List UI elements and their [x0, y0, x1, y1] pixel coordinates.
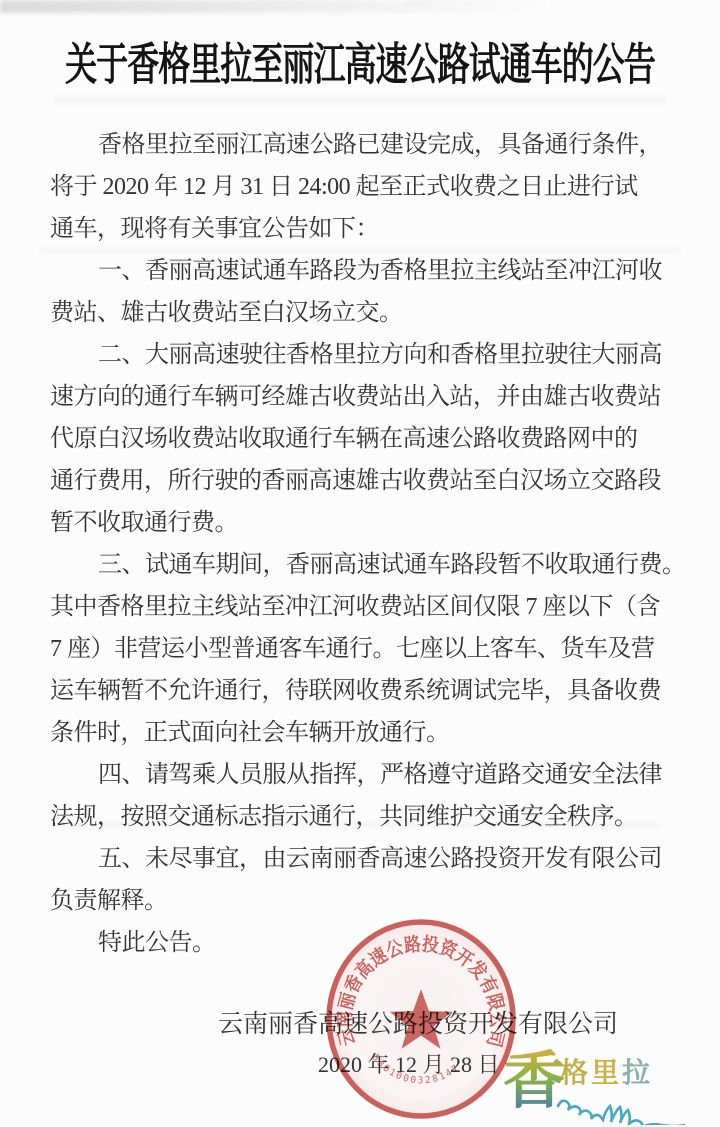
body-line: 法规，按照交通标志指示通行，共同维护交通安全秩序。 — [50, 796, 690, 838]
watermark-char-la: 拉 — [622, 1057, 650, 1089]
body-line: 其中香格里拉主线站至冲江河收费站区间仅限 7 座以下（含 — [50, 586, 690, 628]
scan-artifact — [0, 0, 560, 13]
body-line: 代原白汉场收费站收取通行车辆在高速公路收费路网中的 — [50, 418, 690, 460]
announcement-page: 关于香格里拉至丽江高速公路试通车的公告 香格里拉至丽江高速公路已建设完成，具备通… — [0, 0, 720, 1127]
body-line: 速方向的通行车辆可经雄古收费站出入站，并由雄古收费站 — [50, 376, 690, 418]
tibetan-script-squiggle — [558, 1101, 684, 1125]
watermark-big-char: 香 — [503, 1048, 565, 1116]
body-line: 三、试通车期间，香丽高速试通车路段暂不收取通行费。 — [50, 544, 690, 586]
body-line: 将于 2020 年 12 月 31 日 24:00 起至正式收费之日止进行试 — [50, 166, 690, 208]
watermark-char-ge: 格 — [560, 1057, 588, 1089]
official-seal: 云南丽香高速公路投资开发有限公司 5301000328147 — [322, 916, 520, 1122]
shangrila-watermark: 香 格 里 拉 — [498, 1040, 718, 1125]
body-line: 运车辆暂不允许通行，待联网收费系统调试完毕，具备收费 — [50, 670, 690, 712]
scan-artifact — [55, 96, 665, 104]
body-line: 条件时，正式面向社会车辆开放通行。 — [50, 712, 690, 754]
body-line: 通行费用，所行驶的香丽高速雄古收费站至白汉场立交路段 — [50, 460, 690, 502]
body-line: 7 座）非营运小型普通客车通行。七座以上客车、货车及营 — [50, 628, 690, 670]
body-line: 四、请驾乘人员服从指挥，严格遵守道路交通安全法律 — [50, 754, 690, 796]
body-line: 香格里拉至丽江高速公路已建设完成，具备通行条件， — [50, 124, 690, 166]
document-body: 香格里拉至丽江高速公路已建设完成，具备通行条件，将于 2020 年 12 月 3… — [50, 124, 690, 964]
watermark-char-li: 里 — [591, 1058, 619, 1089]
body-line: 二、大丽高速驶往香格里拉方向和香格里拉驶往大丽高 — [50, 334, 690, 376]
body-line: 五、未尽事宜，由云南丽香高速公路投资开发有限公司 — [50, 838, 690, 880]
page-title: 关于香格里拉至丽江高速公路试通车的公告 — [11, 30, 709, 93]
body-line: 暂不收取通行费。 — [50, 502, 690, 544]
body-line: 通车，现将有关事宜公告如下： — [50, 208, 690, 250]
body-line: 费站、雄古收费站至白汉场立交。 — [50, 292, 690, 334]
body-line: 一、香丽高速试通车路段为香格里拉主线站至冲江河收 — [50, 250, 690, 292]
